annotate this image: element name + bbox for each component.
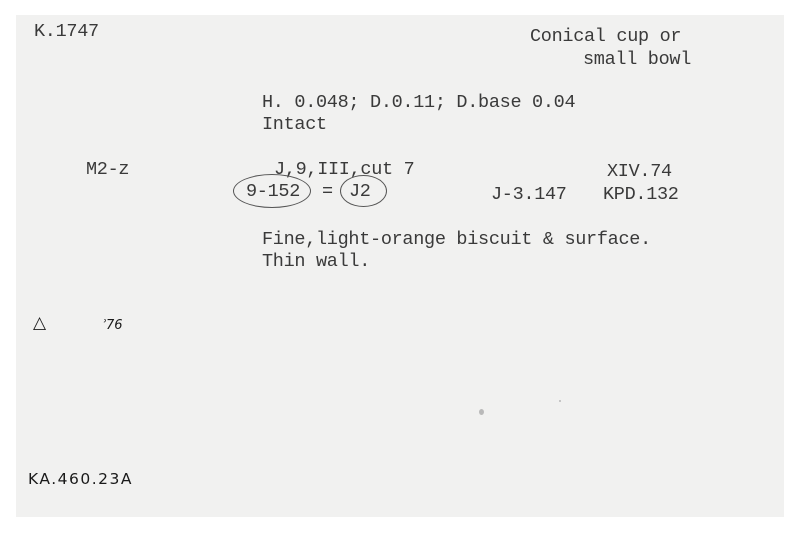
catalog-number: K.1747 (34, 22, 99, 41)
inventory-ref-j: J-3.147 (491, 185, 567, 204)
area-code: M2-z (86, 160, 129, 179)
paper-speck (559, 400, 561, 402)
object-type-line2: small bowl (583, 50, 691, 69)
archive-number: KA.460.23A (28, 470, 133, 488)
handwritten-year: ʾ76 (102, 318, 123, 333)
condition: Intact (262, 115, 327, 134)
object-type-line1: Conical cup or (530, 27, 681, 46)
equals-sign: = (322, 182, 333, 201)
paper-speck (479, 409, 484, 415)
circled-ref-2: J2 (349, 182, 371, 201)
inventory-ref-xiv: XIV.74 (607, 162, 672, 181)
dimensions: H. 0.048; D.0.11; D.base 0.04 (262, 93, 575, 112)
description-line2: Thin wall. (262, 252, 370, 271)
triangle-icon: △ (33, 313, 46, 333)
catalog-card: K.1747 Conical cup or small bowl H. 0.04… (16, 15, 784, 517)
circled-ref-1: 9-152 (246, 182, 300, 201)
description-line1: Fine,light-orange biscuit & surface. (262, 230, 651, 249)
inventory-ref-kpd: KPD.132 (603, 185, 679, 204)
excavation-context: J,9,III,cut 7 (274, 160, 414, 179)
